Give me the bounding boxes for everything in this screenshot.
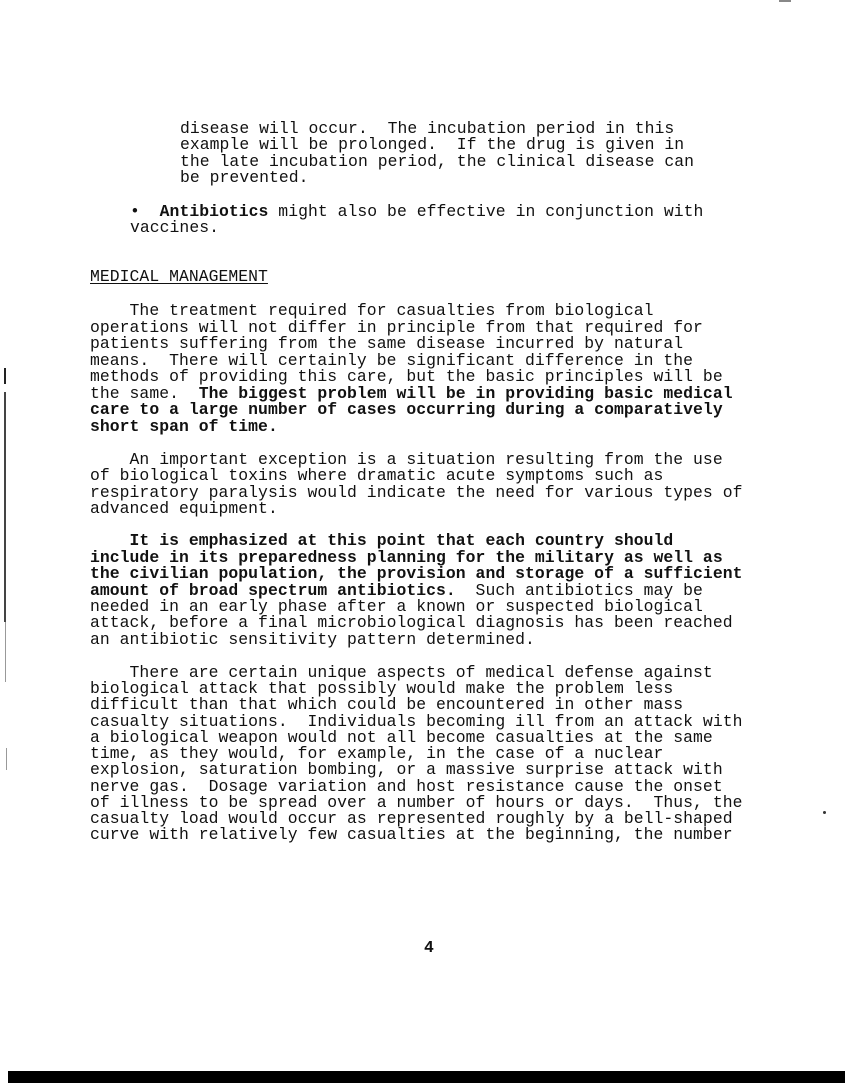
text-line: be prevented. — [180, 170, 309, 186]
text-line: care to a large number of cases occurrin… — [90, 402, 723, 418]
document-page: disease will occur. The incubation perio… — [0, 0, 850, 1087]
page-number: 4 — [424, 940, 434, 956]
text-line: of biological toxins where dramatic acut… — [90, 468, 663, 484]
text-line: It is emphasized at this point that each… — [90, 533, 673, 549]
text-line: the civilian population, the provision a… — [90, 566, 742, 582]
text-line: patients suffering from the same disease… — [90, 336, 683, 352]
text-line: short span of time. — [90, 419, 278, 435]
scan-artifact-top — [779, 0, 791, 2]
text-line: curve with relatively few casualties at … — [90, 827, 733, 843]
text-line: attack, before a final microbiological d… — [90, 615, 733, 631]
text-line: The treatment required for casualties fr… — [90, 303, 654, 319]
section-heading: MEDICAL MANAGEMENT — [90, 269, 268, 285]
text-line: explosion, saturation bombing, or a mass… — [90, 762, 723, 778]
text-span: might also be effective in conjunction w… — [268, 202, 703, 221]
text-line: an antibiotic sensitivity pattern determ… — [90, 632, 535, 648]
text-line: difficult than that which could be encou… — [90, 697, 683, 713]
scan-speck — [823, 811, 826, 814]
margin-mark — [4, 368, 6, 384]
text-line: advanced equipment. — [90, 501, 278, 517]
scan-edge-bar — [8, 1071, 845, 1083]
margin-mark — [6, 748, 7, 770]
margin-mark — [5, 622, 6, 682]
text-line: methods of providing this care, but the … — [90, 369, 723, 385]
margin-mark — [4, 392, 6, 622]
text-line: example will be prolonged. If the drug i… — [180, 137, 684, 153]
text-line: vaccines. — [130, 220, 219, 236]
